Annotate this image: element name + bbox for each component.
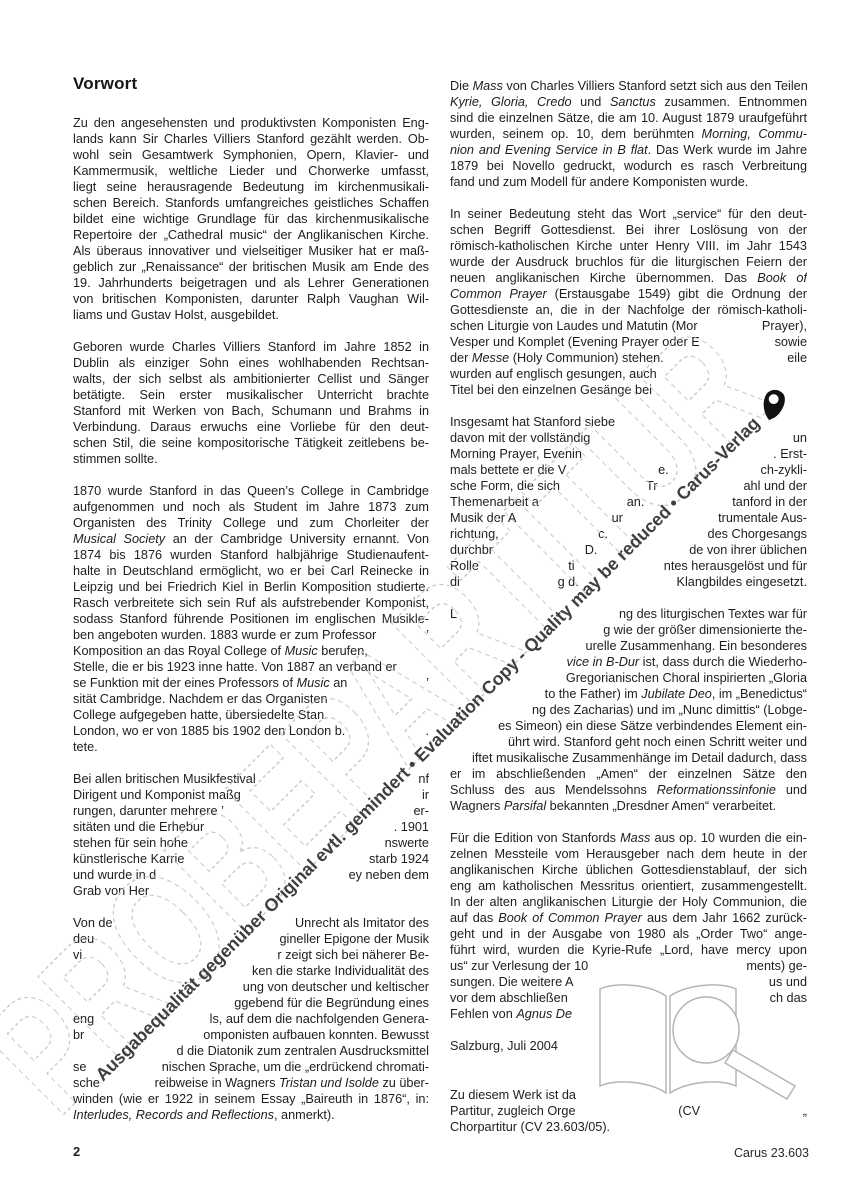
text-line: Schluss des aus Mendelssohns Reformation… (450, 782, 807, 798)
text-fragment: ntes herausgelöst und für (664, 558, 807, 574)
text-line: 19. Jahrhunderts beigetragen und als Leh… (73, 275, 429, 291)
text-line: Repertoire der „Cathedral music“ der Ang… (73, 227, 429, 243)
text-fragment: Insgesamt hat Stanford siebe (450, 414, 615, 430)
text-fragment: Rolle (450, 558, 479, 574)
text-fragment: Gregorianischen Choral inspirierten „Glo… (566, 670, 807, 686)
text-line: Leipzig und bei Friedrich Kiel in Berlin… (73, 579, 429, 595)
text-fragment: sität Cambridge. Nachdem er das Organist… (73, 691, 328, 707)
text-fragment: gineller Epigone der Musik (279, 931, 429, 947)
text-fragment: Morning Prayer, Evenin (450, 446, 582, 462)
text-fragment: College aufgegeben hatte, übersiedelte S… (73, 707, 328, 723)
text-line: Gottesdienste an, die in der Nachfolge d… (450, 302, 807, 318)
text-line: Für die Edition von Stanfords Mass aus o… (450, 830, 807, 846)
text-fragment: ührt wird. Stanford geht noch einen Schr… (508, 734, 807, 750)
text-fragment: „ (803, 1103, 807, 1119)
text-fragment: sowie (775, 334, 807, 350)
text-line: College aufgegeben hatte, übersiedelte S… (73, 707, 429, 723)
text-line: Morning Prayer, Evenin. Erst- (450, 446, 807, 462)
text-line: Interludes, Records and Reflections, anm… (73, 1107, 429, 1123)
right-column: Die Mass von Charles Villiers Stanford s… (450, 78, 807, 1151)
text-fragment: Dirigent und Komponist maßg (73, 787, 241, 803)
text-fragment: nswerte (385, 835, 429, 851)
text-fragment: ch das (770, 990, 807, 1006)
text-line: sitäten und die Erhebur. 1901 (73, 819, 429, 835)
text-line: deugineller Epigone der Musik (73, 931, 429, 947)
text-fragment: schen Liturgie von Laudes und Matutin (M… (450, 318, 698, 334)
text-fragment: di (450, 574, 460, 590)
text-line: Kammermusik, weltliche Lieder und Chorwe… (73, 163, 429, 179)
text-line: fand und zum Modell für andere Komponist… (450, 174, 807, 190)
text-line: tete. (73, 739, 429, 755)
text-line: sodass Stanford führende Positionen im e… (73, 611, 429, 627)
text-line: Geboren wurde Charles Villiers Stanford … (73, 339, 429, 355)
text-line: bromponisten aufbauen konnten. Bewusst (73, 1027, 429, 1043)
text-line: neuen anglikanischen Kirche übernommen. … (450, 270, 807, 286)
paragraph: Zu diesem Werk ist daPartitur, zugleich … (450, 1087, 807, 1135)
text-line: Titel bei den einzelnen Gesänge bei (450, 382, 807, 398)
text-line: bildet eine wichtige Grundlage für das k… (73, 211, 429, 227)
text-fragment: es Simeon) ein diese Sätze verbindendes … (498, 718, 807, 734)
text-fragment: Bei allen britischen Musikfestival (73, 771, 256, 787)
text-line: vor dem abschließench das (450, 990, 807, 1006)
text-fragment: richtung, (450, 526, 499, 542)
text-line: to the Father) im Jubilate Deo, im „Bene… (450, 686, 807, 702)
text-line: sind die einzelnen Sätze, die am 10. Aug… (450, 110, 807, 126)
text-fragment: se (73, 1059, 86, 1075)
text-fragment: us und (769, 974, 807, 990)
text-fragment: ng des liturgischen Textes war für (619, 606, 807, 622)
text-line: stimmen sollte. (73, 451, 429, 467)
text-fragment: ’ (426, 675, 429, 691)
text-line: ung von deutscher und keltischer (73, 979, 429, 995)
text-fragment: ur (612, 510, 623, 526)
text-line: wurden auf englisch gesungen, auch (450, 366, 807, 382)
text-fragment: sitäten und die Erhebur (73, 819, 204, 835)
text-line: liams und Gustav Holst, ausgebildet. (73, 307, 429, 323)
text-line: Komposition an das Royal College of Musi… (73, 643, 429, 659)
text-line: winden (wie er 1922 in seinem Essay „Bai… (73, 1091, 429, 1107)
text-line: Partitur, zugleich Orge(CV„ (450, 1103, 807, 1119)
text-fragment: und wurde in d (73, 867, 156, 883)
text-fragment: London, wo er von 1885 bis 1902 den Lond… (73, 723, 345, 739)
text-line: Insgesamt hat Stanford siebe (450, 414, 807, 430)
text-fragment: us“ zur Verlesung der 10 (450, 958, 588, 974)
paragraph: Die Mass von Charles Villiers Stanford s… (450, 78, 807, 190)
text-line: vice in B-Dur ist, dass durch die Wieder… (450, 654, 807, 670)
text-fragment: nf (418, 771, 429, 787)
text-line: Lng des liturgischen Textes war für (450, 606, 807, 622)
text-line: Die Mass von Charles Villiers Stanford s… (450, 78, 807, 94)
text-line: lands kann Sir Charles Villiers Stanford… (73, 131, 429, 147)
text-line: zelnen Messteile vom Herausgeber nach de… (450, 846, 807, 862)
text-fragment: durchbr (450, 542, 493, 558)
text-line: Stanford mit Werken von Bach, Schumann u… (73, 403, 429, 419)
text-line: geblich zur „Renaissance“ der britischen… (73, 259, 429, 275)
text-fragment: g wie der größer dimensionierte the- (603, 622, 807, 638)
text-fragment: Titel bei den einzelnen Gesänge bei (450, 382, 652, 398)
text-line: se Funktion mit der eines Professors of … (73, 675, 429, 691)
text-line: Common Prayer (Erstausgabe 1549) gibt di… (450, 286, 807, 302)
page-title: Vorwort (73, 74, 429, 94)
paragraph: Lng des liturgischen Textes war fürg wie… (450, 606, 807, 814)
catalog-number: Carus 23.603 (734, 1146, 809, 1160)
text-fragment: der Messe (Holy Communion) stehen. (450, 350, 664, 366)
text-line: us“ zur Verlesung der 10ments) ge- (450, 958, 807, 974)
text-line: 1870 wurde Stanford in das Queen’s Colle… (73, 483, 429, 499)
text-line: Musik der Aurtrumentale Aus- (450, 510, 807, 526)
text-line: und wurde in dey neben dem (73, 867, 429, 883)
text-line: ben angeboten wurden. 1883 wurde er zum … (73, 627, 429, 643)
text-line: sität Cambridge. Nachdem er das Organist… (73, 691, 429, 707)
text-fragment: an. (627, 494, 645, 510)
text-line: aufgenommen und noch als Student im Jahr… (73, 499, 429, 515)
text-line: Stelle, die er bis 1923 inne hatte. Von … (73, 659, 429, 675)
text-fragment: g d. (558, 574, 579, 590)
text-fragment: Prayer), (762, 318, 807, 334)
text-line: g wie der größer dimensionierte the- (450, 622, 807, 638)
paragraph: Für die Edition von Stanfords Mass aus o… (450, 830, 807, 1022)
text-fragment: r zeigt sich bei näherer Be- (277, 947, 429, 963)
left-column-paragraphs: Zu den angesehensten und produktivsten K… (73, 115, 429, 1123)
text-line: anglikanischen Kirche üblichen Gottesdie… (450, 862, 807, 878)
text-line: Chorpartitur (CV 23.603/05). (450, 1119, 807, 1135)
text-fragment: Unrecht als Imitator des (295, 915, 429, 931)
text-line: vir zeigt sich bei näherer Be- (73, 947, 429, 963)
text-fragment: ung von deutscher und keltischer (243, 979, 429, 995)
paragraph: Geboren wurde Charles Villiers Stanford … (73, 339, 429, 467)
text-fragment: urelle Zusammenhang. Ein besonderes (586, 638, 807, 654)
text-line: In der alten anglikanischen Liturgie der… (450, 894, 807, 910)
text-fragment: ir (422, 787, 429, 803)
text-line: Kyrie, Gloria, Credo und Sanctus zusamme… (450, 94, 807, 110)
text-fragment: se Funktion mit der eines Professors of … (73, 675, 347, 691)
text-line: Als überaus innovativer und vielseitiger… (73, 243, 429, 259)
text-fragment: stehen für sein hohe (73, 835, 188, 851)
text-line: 1874 bis 1876 wurden Stanford halbjährig… (73, 547, 429, 563)
text-fragment: Stelle, die er bis 1923 inne hatte. Von … (73, 659, 397, 675)
text-line: iftet musikalische Zusammenhänge im Deta… (450, 750, 807, 766)
text-line: sungen. Die weitere Aus und (450, 974, 807, 990)
text-line: davon mit der vollständigun (450, 430, 807, 446)
text-fragment: nischen Sprache, um die „erdrückend chro… (162, 1059, 429, 1075)
text-line: Wagners Parsifal bekannten „Dresdner Ame… (450, 798, 807, 814)
text-fragment: davon mit der vollständig (450, 430, 590, 446)
text-fragment: ahl und der (743, 478, 807, 494)
text-fragment: Grab von Her (73, 883, 149, 899)
text-fragment: deu (73, 931, 94, 947)
text-fragment: er- (413, 803, 429, 819)
text-line: geht und in der Ausgabe von 1980 als „Or… (450, 926, 807, 942)
document-page: Vorwort Zu den angesehensten und produkt… (0, 0, 849, 1200)
text-line: nion and Evening Service in B flat. Das … (450, 142, 807, 158)
text-line: dig d.Klangbildes eingesetzt. (450, 574, 807, 590)
text-line: engls, auf dem die nachfolgenden Genera- (73, 1011, 429, 1027)
text-line: Bei allen britischen Musikfestivalnf (73, 771, 429, 787)
text-fragment: iftet musikalische Zusammenhänge im Deta… (472, 750, 807, 766)
text-line: ggebend für die Begründung eines (73, 995, 429, 1011)
left-column: Vorwort Zu den angesehensten und produkt… (73, 74, 429, 1139)
text-line: führt wird, wurden die Kyrie-Rufe „Lord,… (450, 942, 807, 958)
text-fragment: Fehlen von Agnus De (450, 1006, 572, 1022)
paragraph: Zu den angesehensten und produktivsten K… (73, 115, 429, 323)
text-fragment: omponisten aufbauen konnten. Bewusst (203, 1027, 429, 1043)
text-fragment: mals bettete er die V (450, 462, 566, 478)
text-line: wohl sein Gesamtwerk Symphonien, Opern, … (73, 147, 429, 163)
text-fragment: Musik der A (450, 510, 516, 526)
text-line: London, wo er von 1885 bis 1902 den Lond… (73, 723, 429, 739)
text-fragment: trumentale Aus- (718, 510, 807, 526)
text-line: rungen, darunter mehrere ’er- (73, 803, 429, 819)
text-fragment: ey neben dem (349, 867, 429, 883)
text-line: ng des Zacharias) und im „Nunc dimittis“… (450, 702, 807, 718)
text-fragment: . (425, 723, 429, 739)
text-fragment: eng (73, 1011, 94, 1027)
text-fragment: sche (73, 1075, 100, 1091)
text-line: Salzburg, Juli 2004 (450, 1038, 807, 1054)
paragraph: 1870 wurde Stanford in das Queen’s Colle… (73, 483, 429, 755)
text-fragment: (CV (678, 1103, 700, 1119)
text-fragment: Vesper und Komplet (Evening Prayer oder … (450, 334, 700, 350)
text-fragment: e. (658, 462, 669, 478)
text-line: Musical Society an der Cambridge Univers… (73, 531, 429, 547)
text-fragment: L (450, 606, 457, 622)
text-line: 1879 bei Novello gedruckt, wodurch es ra… (450, 158, 807, 174)
text-fragment: vor dem abschließen (450, 990, 568, 1006)
text-fragment: . Erst- (773, 446, 807, 462)
text-line: sche Form, die sichTrahl und der (450, 478, 807, 494)
text-line: Zu diesem Werk ist da (450, 1087, 807, 1103)
text-line: Themenarbeit aan.tanford in der (450, 494, 807, 510)
text-line: Rasch verbreitete sich sein Ruf als aufs… (73, 595, 429, 611)
text-line: mals bettete er die Ve.ch-zykli- (450, 462, 807, 478)
paragraph: Von deUnrecht als Imitator desdeuginelle… (73, 915, 429, 1123)
paragraph: Salzburg, Juli 2004 (450, 1038, 807, 1054)
text-line: Gregorianischen Choral inspirierten „Glo… (450, 670, 807, 686)
text-line: Organisten des Trinity College und zum C… (73, 515, 429, 531)
text-line: schen Bereich. Stanfords umfangreiches g… (73, 195, 429, 211)
text-line: urelle Zusammenhang. Ein besonderes (450, 638, 807, 654)
text-line: Grab von Her (73, 883, 429, 899)
text-line: Dublin als einziger Sohn eines wohlhaben… (73, 355, 429, 371)
text-line: senischen Sprache, um die „erdrückend ch… (73, 1059, 429, 1075)
text-fragment: wurden auf englisch gesungen, auch (450, 366, 657, 382)
paragraph: Insgesamt hat Stanford siebedavon mit de… (450, 414, 807, 590)
text-line: wurden, seinem op. 10, dem berühmten Mor… (450, 126, 807, 142)
text-fragment: Von de (73, 915, 113, 931)
text-line: durchbrD.de von ihrer üblichen (450, 542, 807, 558)
text-line: d die Diatonik zum zentralen Ausdrucksmi… (73, 1043, 429, 1059)
text-fragment: Zu diesem Werk ist da (450, 1087, 576, 1103)
text-fragment: ggebend für die Begründung eines (234, 995, 429, 1011)
text-line: der Messe (Holy Communion) stehen.eile (450, 350, 807, 366)
text-fragment: c. (598, 526, 608, 542)
text-fragment: des Chorgesangs (708, 526, 807, 542)
text-line: Von deUnrecht als Imitator des (73, 915, 429, 931)
right-column-paragraphs: Die Mass von Charles Villiers Stanford s… (450, 78, 807, 1135)
text-fragment: vi (73, 947, 82, 963)
text-fragment: Tr (646, 478, 658, 494)
text-fragment: de von ihrer üblichen (689, 542, 807, 558)
text-fragment: ments) ge- (746, 958, 807, 974)
text-line: auf das Book of Common Prayer aus dem Ja… (450, 910, 807, 926)
text-fragment: sche Form, die sich (450, 478, 560, 494)
text-line: er im abschließenden „Amen“ der einzelne… (450, 766, 807, 782)
text-line: Zu den angesehensten und produktivsten K… (73, 115, 429, 131)
paragraph: In seiner Bedeutung steht das Wort „serv… (450, 206, 807, 398)
text-fragment: . 1901 (394, 819, 429, 835)
text-line: Vesper und Komplet (Evening Prayer oder … (450, 334, 807, 350)
text-fragment: ch-zykli- (760, 462, 807, 478)
text-fragment: ls, auf dem die nachfolgenden Genera- (210, 1011, 429, 1027)
text-line: es Simeon) ein diese Sätze verbindendes … (450, 718, 807, 734)
text-fragment: künstlerische Karrie (73, 851, 184, 867)
text-fragment: Partitur, zugleich Orge (450, 1103, 576, 1119)
text-fragment: br (73, 1027, 84, 1043)
text-line: betätigte. Sein erster musikalischer Unt… (73, 387, 429, 403)
text-line: Verbindung. Daraus erwuchs eine Vorliebe… (73, 419, 429, 435)
text-fragment: ’ (426, 627, 429, 643)
text-line: Rolletintes herausgelöst und für (450, 558, 807, 574)
text-line: Dirigent und Komponist maßgir (73, 787, 429, 803)
text-line: stehen für sein hohenswerte (73, 835, 429, 851)
text-line: liegt seine herausragende Bedeutung im k… (73, 179, 429, 195)
text-fragment: to the Father) im Jubilate Deo, im „Bene… (545, 686, 807, 702)
text-fragment: starb 1924 (369, 851, 429, 867)
text-line: richtung,c.des Chorgesangs (450, 526, 807, 542)
text-line: walts, der sich selbst als ambitionierte… (73, 371, 429, 387)
text-fragment: reibweise in Wagners Tristan und Isolde … (155, 1075, 429, 1091)
text-fragment: vice in B-Dur ist, dass durch die Wieder… (567, 654, 807, 670)
text-fragment: ng des Zacharias) und im „Nunc dimittis“… (532, 702, 807, 718)
text-line: künstlerische Karriestarb 1924 (73, 851, 429, 867)
text-fragment: un (793, 430, 807, 446)
text-line: Fehlen von Agnus De (450, 1006, 807, 1022)
text-line: eng am katholischen Messritus orientiert… (450, 878, 807, 894)
text-fragment: eile (787, 350, 807, 366)
text-line: schereibweise in Wagners Tristan und Iso… (73, 1075, 429, 1091)
text-line: schen Liturgie von Laudes und Matutin (M… (450, 318, 807, 334)
text-fragment: Klangbildes eingesetzt. (676, 574, 807, 590)
text-line: ührt wird. Stanford geht noch einen Schr… (450, 734, 807, 750)
text-line: In seiner Bedeutung steht das Wort „serv… (450, 206, 807, 222)
text-fragment: ken die starke Individualität des (252, 963, 429, 979)
text-fragment: Themenarbeit a (450, 494, 539, 510)
text-fragment: D. (585, 542, 598, 558)
text-line: römisch-katholischen Kirche unter Henry … (450, 238, 807, 254)
text-line: schen Begriff Gottesdienst. Bei ihrer Lo… (450, 222, 807, 238)
text-fragment: ti (568, 558, 574, 574)
page-number: 2 (73, 1144, 80, 1159)
text-line: halte in Deutschland ermöglicht, wo er b… (73, 563, 429, 579)
text-fragment: Komposition an das Royal College of Musi… (73, 643, 368, 659)
text-line: von britischen Komponisten, darunter Ral… (73, 291, 429, 307)
paragraph: Bei allen britischen MusikfestivalnfDiri… (73, 771, 429, 899)
text-line: ken die starke Individualität des (73, 963, 429, 979)
text-line: schen Stil, die seine kompositorische Tä… (73, 435, 429, 451)
text-fragment: rungen, darunter mehrere ’ (73, 803, 224, 819)
text-line: wurde der Ausdruck bruchlos für die litu… (450, 254, 807, 270)
text-fragment: ben angeboten wurden. 1883 wurde er zum … (73, 627, 376, 643)
text-fragment: d die Diatonik zum zentralen Ausdrucksmi… (177, 1043, 429, 1059)
text-fragment: sungen. Die weitere A (450, 974, 573, 990)
text-fragment: tanford in der (732, 494, 807, 510)
